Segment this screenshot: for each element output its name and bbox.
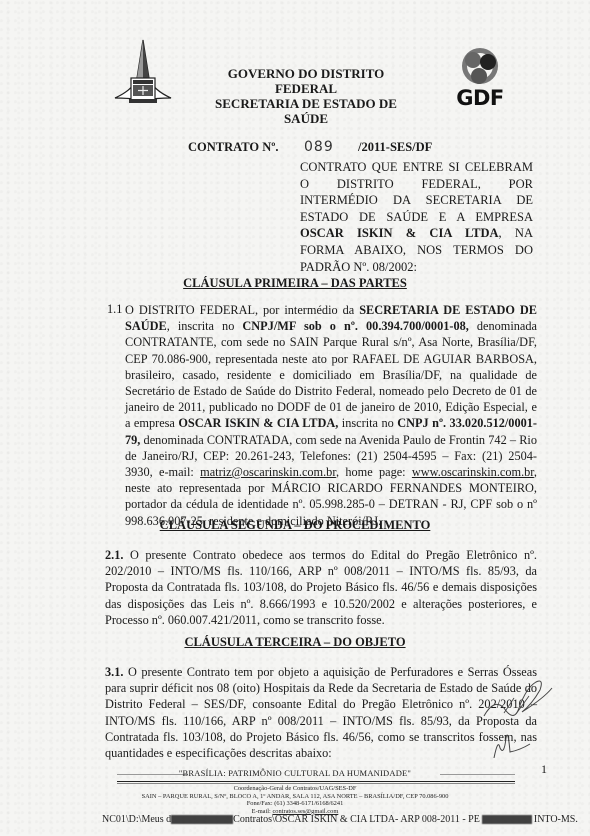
contract-label: CONTRATO Nº. <box>188 140 304 155</box>
contract-number-line: CONTRATO Nº.089/2011-SES/DF <box>188 139 432 155</box>
ink-smudge <box>482 815 532 824</box>
gdf-logo: GDF <box>452 46 508 108</box>
text: O DISTRITO FEDERAL, por intermédio da <box>125 303 359 317</box>
clause-2-title: CLÁUSULA SEGUNDA – DO PROCEDIMENTO <box>0 518 590 533</box>
government-name: GOVERNO DO DISTRITO FEDERAL <box>196 66 416 96</box>
text: O presente Contrato tem por objeto a aqu… <box>105 665 537 760</box>
contractor-homepage-link[interactable]: www.oscarinskin.com.br <box>412 465 534 479</box>
clause-2-1-text: 2.1. O presente Contrato obedece aos ter… <box>105 547 537 628</box>
preamble-line: CONTRATO QUE ENTRE SI CELEBRAM <box>300 159 533 176</box>
footer-divider <box>117 783 515 784</box>
clause-3-1-text: 3.1. O presente Contrato tem por objeto … <box>105 664 537 761</box>
preamble-line: FORMA ABAIXO, NOS TERMOS DO <box>300 242 533 259</box>
footer-phone: Fone/Fax: (61) 3348-6171/6168/6241 <box>0 800 590 808</box>
file-path: NC01\D:\Meus dContratos\OSCAR ISKIN & CI… <box>102 814 578 825</box>
footer-address: SAIN – PARQUE RURAL, S/Nº, BLOCO A, 1º A… <box>0 793 590 801</box>
contract-number-handwritten: 089 <box>304 139 358 155</box>
text: inscrita no <box>338 416 397 430</box>
clause-1-title: CLÁUSULA PRIMEIRA – DAS PARTES <box>0 276 590 291</box>
footer-motto: "BRASÍLIA: PATRIMÔNIO CULTURAL DA HUMANI… <box>0 768 590 778</box>
contract-preamble: CONTRATO QUE ENTRE SI CELEBRAM O DISTRIT… <box>300 159 533 275</box>
handwritten-signature <box>474 668 564 758</box>
document-page: GDF GOVERNO DO DISTRITO FEDERAL SECRETAR… <box>0 0 590 836</box>
preamble-line: OSCAR ISKIN & CIA LTDA, NA <box>300 225 533 242</box>
file-path-part: Contratos\OSCAR ISKIN & CIA LTDA- ARP 00… <box>233 814 480 825</box>
contractor-email-link[interactable]: matriz@oscarinskin.com.br <box>200 465 336 479</box>
text: , home page: <box>336 465 412 479</box>
footer-divider <box>117 781 515 782</box>
gdf-emblem-icon <box>452 46 508 86</box>
text: O presente Contrato obedece aos termos d… <box>105 548 537 627</box>
clause-3-1-number: 3.1. <box>105 665 123 679</box>
preamble-line: ESTADO DE SAÚDE E A EMPRESA <box>300 209 533 226</box>
brasilia-coat-of-arms-icon <box>113 38 173 116</box>
preamble-line: O DISTRITO FEDERAL, POR <box>300 176 533 193</box>
footer-contact-info: Coordenação-Geral de Contratos/UAG/SES-D… <box>0 785 590 815</box>
text-bold: OSCAR ISKIN & CIA LTDA, <box>178 416 338 430</box>
document-header: GOVERNO DO DISTRITO FEDERAL SECRETARIA D… <box>196 66 416 126</box>
clause-3-title: CLÁUSULA TERCEIRA – DO OBJETO <box>0 635 590 650</box>
ink-smudge <box>171 815 233 824</box>
preamble-text: , NA <box>499 226 533 240</box>
file-path-part: NC01\D:\Meus d <box>102 814 171 825</box>
text: , inscrita no <box>167 319 243 333</box>
gdf-logo-text: GDF <box>452 86 508 110</box>
company-name: OSCAR ISKIN & CIA LTDA <box>300 226 499 240</box>
clause-1-1-text: O DISTRITO FEDERAL, por intermédio da SE… <box>125 302 537 529</box>
footer-department: Coordenação-Geral de Contratos/UAG/SES-D… <box>0 785 590 793</box>
text: denominada CONTRATANTE, com sede no SAIN… <box>125 319 537 430</box>
file-path-part: INTO-MS. <box>534 814 578 825</box>
preamble-line: INTERMÉDIO DA SECRETARIA DE <box>300 192 533 209</box>
text-bold: CNPJ/MF sob o nº. 00.394.700/0001-08, <box>242 319 468 333</box>
preamble-line: PADRÃO Nº. 08/2002: <box>300 259 533 276</box>
clause-1-1-number: 1.1 <box>107 302 122 317</box>
clause-2-1-number: 2.1. <box>105 548 123 562</box>
contract-suffix: /2011-SES/DF <box>358 140 432 154</box>
secretariat-name: SECRETARIA DE ESTADO DE SAÚDE <box>196 96 416 126</box>
